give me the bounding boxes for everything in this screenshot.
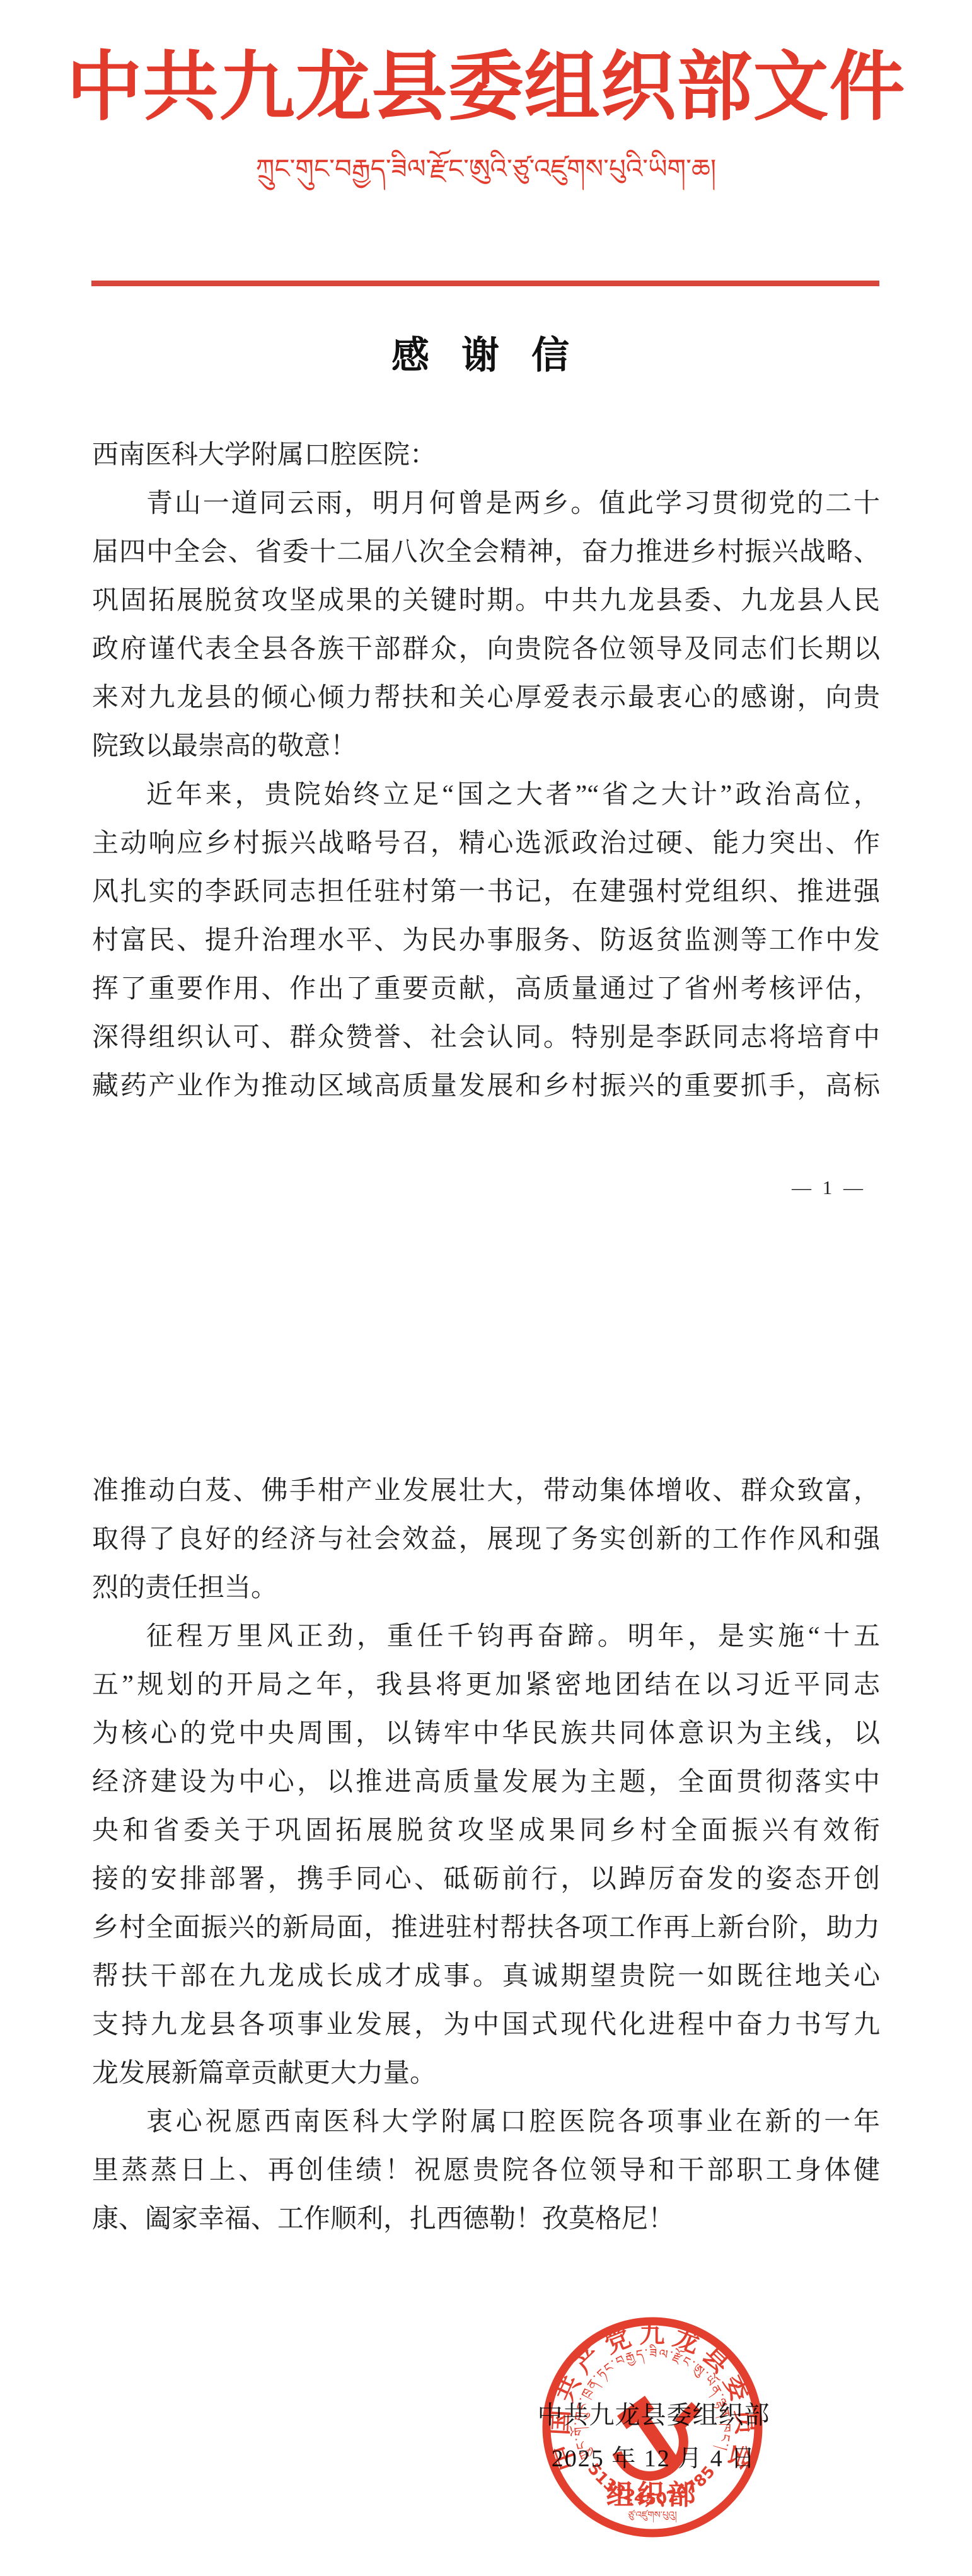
body-line: 挥了重要作用、作出了重要贡献，高质量通过了省州考核评估，	[92, 965, 880, 1014]
header-divider-rule	[91, 281, 879, 286]
body-line: 龙发展新篇章贡献更大力量。	[92, 2050, 880, 2098]
body-line: 村富民、提升治理水平、为民办事服务、防返贫监测等工作中发	[92, 917, 880, 965]
body-line: 支持九龙县各项事业发展，为中国式现代化进程中奋力书写九	[92, 2001, 880, 2050]
body-line: 乡村全面振兴的新局面，推进驻村帮扶各项工作再上新台阶，助力	[92, 1904, 880, 1952]
body-line: 深得组织认可、群众赞誉、社会认同。特别是李跃同志将培育中	[92, 1014, 880, 1062]
body-line: 准推动白芨、佛手柑产业发展壮大，带动集体增收、群众致富，	[92, 1467, 880, 1516]
body-line: 接的安排部署，携手同心、砥砺前行，以踔厉奋发的姿态开创	[92, 1855, 880, 1904]
body-line: 届四中全会、省委十二届八次全会精神，奋力推进乡村振兴战略、	[92, 528, 880, 577]
body-line: 来对九龙县的倾心倾力帮扶和关心厚爱表示最衷心的感谢，向贵	[92, 674, 880, 722]
page2-body: 准推动白芨、佛手柑产业发展壮大，带动集体增收、群众致富， 取得了良好的经济与社会…	[92, 1467, 880, 2244]
body-line: 主动响应乡村振兴战略号召，精心选派政治过硬、能力突出、作	[92, 820, 880, 868]
document-page: 中共九龙县委组织部文件 ཀྲུང་གུང་བརྒྱད་ཟིལ་རྫོང་ཨུའི…	[0, 0, 972, 2576]
body-line: 近年来，贵院始终立足“国之大者”“省之大计”政治高位，	[92, 771, 880, 820]
seal-department-tibetan: ཙུ་འཛུགས་པུའུ།	[628, 2510, 677, 2523]
page-number: — 1 —	[750, 1176, 908, 1199]
body-line: 征程万里风正劲，重任千钧再奋蹄。明年，是实施“十五	[92, 1613, 880, 1661]
body-line: 里蒸蒸日上、再创佳绩！祝愿贵院各位领导和干部职工身体健	[92, 2147, 880, 2195]
hammer-and-sickle-icon	[617, 2396, 701, 2476]
seal-graphic: 中国共产党九龙县委员会 ཀྲུང་གོ་གུང་ཁྲན་ཏང་བརྒྱད་ཟིལ…	[533, 2315, 772, 2555]
body-line: 政府谨代表全县各族干部群众，向贵院各位领导及同志们长期以	[92, 625, 880, 674]
body-line: 为核心的党中央周围，以铸牢中华民族共同体意识为主线，以	[92, 1710, 880, 1758]
header-org-title: 中共九龙县委组织部文件	[0, 37, 972, 139]
official-seal: 中国共产党九龙县委员会 ཀྲུང་གོ་གུང་ཁྲན་ཏང་བརྒྱད་ཟིལ…	[533, 2315, 772, 2555]
body-line: 衷心祝愿西南医科大学附属口腔医院各项事业在新的一年	[92, 2098, 880, 2147]
body-line: 藏药产业作为推动区域高质量发展和乡村振兴的重要抓手，高标	[92, 1062, 880, 1111]
body-line: 五”规划的开局之年，我县将更加紧密地团结在以习近平同志	[92, 1661, 880, 1710]
body-line: 康、阖家幸福、工作顺利，扎西德勒！孜莫格尼！	[92, 2195, 880, 2244]
body-line: 烈的责任担当。	[92, 1564, 880, 1613]
body-line: 院致以最崇高的敬意！	[92, 722, 880, 771]
body-line: 取得了良好的经济与社会效益，展现了务实创新的工作作风和强	[92, 1516, 880, 1564]
letter-title: 感 谢 信	[0, 325, 972, 380]
body-line: 风扎实的李跃同志担任驻村第一书记，在建强村党组织、推进强	[92, 868, 880, 917]
body-line: 巩固拓展脱贫攻坚成果的关键时期。中共九龙县委、九龙县人民	[92, 577, 880, 625]
page1-body: 西南医科大学附属口腔医院： 青山一道同云雨，明月何曾是两乡。值此学习贯彻党的二十…	[92, 431, 880, 1111]
salutation-line: 西南医科大学附属口腔医院：	[92, 431, 880, 480]
body-line: 青山一道同云雨，明月何曾是两乡。值此学习贯彻党的二十	[92, 480, 880, 528]
header-tibetan-subtitle: ཀྲུང་གུང་བརྒྱད་ཟིལ་རྫོང་ཨུའི་ཙུ་འཛུགས་པུ…	[0, 149, 972, 191]
body-line: 央和省委关于巩固拓展脱贫攻坚成果同乡村全面振兴有效衔	[92, 1807, 880, 1855]
body-line: 帮扶干部在九龙成长成才成事。真诚期望贵院一如既往地关心	[92, 1952, 880, 2001]
body-line: 经济建设为中心，以推进高质量发展为主题，全面贯彻落实中	[92, 1758, 880, 1807]
